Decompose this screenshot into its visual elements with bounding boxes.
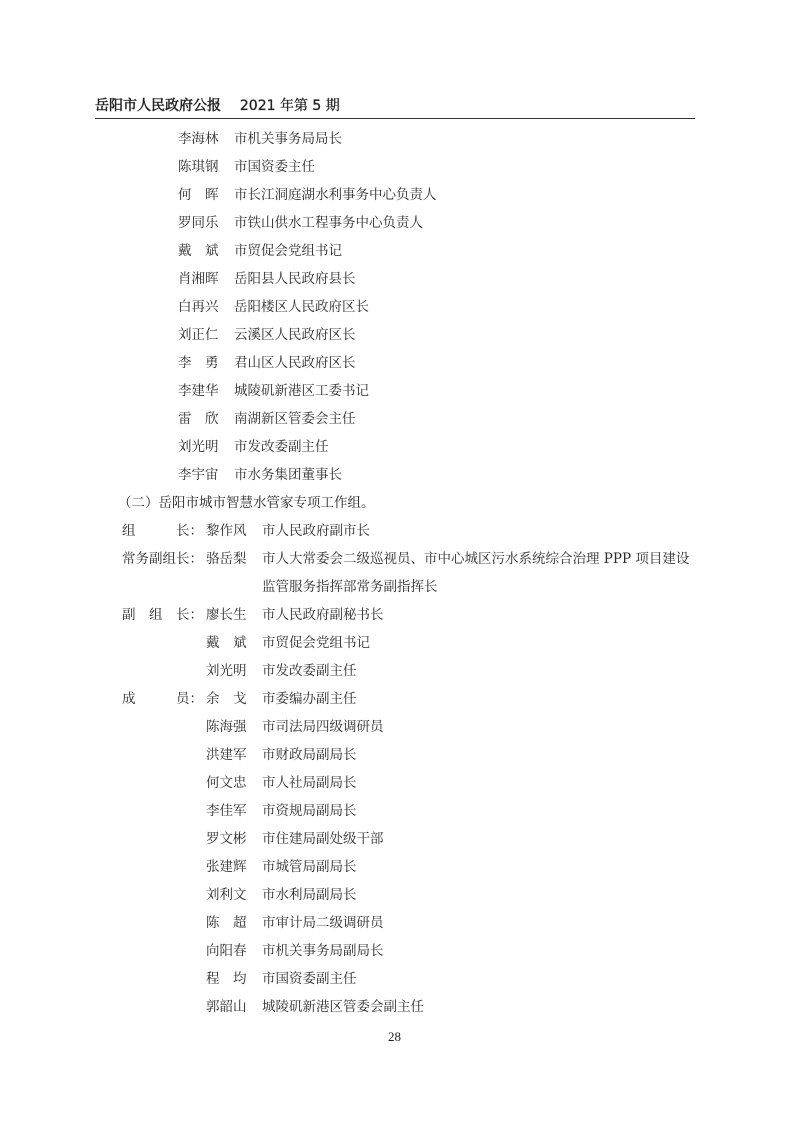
- page-header: 岳阳市人民政府公报 2021 年第 5 期: [95, 96, 695, 119]
- section-heading: （二）岳阳市城市智慧水管家专项工作组。: [118, 494, 375, 512]
- role-label: 组 长：: [122, 522, 203, 540]
- role-label: 成 员：: [122, 690, 203, 708]
- issue-number: 2021 年第 5 期: [240, 98, 340, 114]
- role-label: 常务副组长：: [122, 550, 203, 568]
- role-label: 副 组 长：: [122, 606, 203, 624]
- publication-title: 岳阳市人民政府公报: [95, 98, 221, 114]
- page-number: 28: [388, 1029, 401, 1045]
